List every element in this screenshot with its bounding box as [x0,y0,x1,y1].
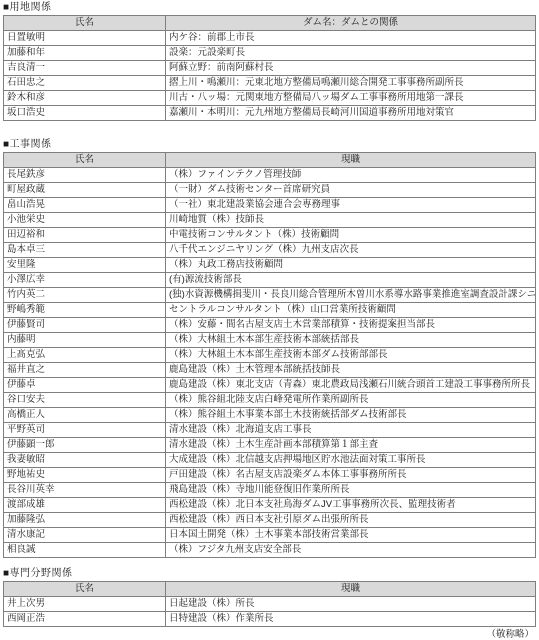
member-position-cell: 嘉瀬川・本明川：元九州地方整備局長崎河川国道事務所用地対策官 [166,106,536,121]
column-header-name: 氏名 [4,153,166,168]
table-row: 小池栄史川崎地質（株）技師長 [4,213,536,228]
member-name-cell: 内藤明 [4,333,166,348]
table-row: 伊藤顕一郎清水建設（株）土木生産計画本部積算第１部主査 [4,438,536,453]
member-name-cell: 鈴木和彦 [4,91,166,106]
member-position-cell: 鹿島建設（株）東北支店（青森）東北農政局浅瀬石川統合頭首工建設工事事務所所長 [166,378,536,393]
member-position-cell: 清水建設（株）土木生産計画本部積算第１部主査 [166,438,536,453]
member-name-cell: 石田忠之 [4,76,166,91]
table-row: 小澤広幸(有)源流技術部長 [4,273,536,288]
member-name-cell: 清水康記 [4,528,166,543]
section-1: ■工事関係氏名現職長尾鉄彦（株）ファインテクノ管理技師町屋政蔵（一財）ダム技術セ… [3,139,536,558]
member-position-cell: （株）ファインテクノ管理技師 [166,168,536,183]
table-row: 野地祐史戸田建設（株）名古屋支店設楽ダム本体工事事務所所長 [4,468,536,483]
table-row: 長谷川英幸飛島建設（株）寺地川能登復旧作業所所長 [4,483,536,498]
member-position-cell: （一財）ダム技術センター首席研究員 [166,183,536,198]
honorifics-note: （敬称略） [3,629,536,640]
member-position-cell: （一社）東北建設業協会連合会専務理事 [166,198,536,213]
section-title: ■専門分野関係 [3,568,536,580]
column-header-position: ダム名：ダムとの関係 [166,16,536,31]
table-row: 我妻敏昭大成建設（株）北信越支店押場地区貯水池法面対策工事所長 [4,453,536,468]
member-position-cell: 大成建設（株）北信越支店押場地区貯水池法面対策工事所長 [166,453,536,468]
member-name-cell: 坂口浩史 [4,106,166,121]
table-row: 安里隆（株）丸政工務店技術顧問 [4,258,536,273]
member-name-cell: 長谷川英幸 [4,483,166,498]
column-header-name: 氏名 [4,582,166,597]
member-name-cell: 田辺裕和 [4,228,166,243]
member-table: 氏名現職井上次男日起建設（株）所長西岡正浩日特建設（株）作業所長 [3,581,536,627]
column-header-position: 現職 [166,582,536,597]
member-position-cell: 阿蘇立野：前南阿蘇村長 [166,61,536,76]
member-position-cell: 日本国土開発（株）土木事業本部技術営業部長 [166,528,536,543]
member-position-cell: （株）熊谷組土木事業本部土木技術統括部ダム技術部長 [166,408,536,423]
table-row: 石田忠之摺上川・鳴瀬川：元東北地方整備局鳴瀬川総合開発工事事務所副所長 [4,76,536,91]
header-row: 氏名現職 [4,582,536,597]
table-row: 長尾鉄彦（株）ファインテクノ管理技師 [4,168,536,183]
member-name-cell: 町屋政蔵 [4,183,166,198]
member-name-cell: 渡部成雄 [4,498,166,513]
member-name-cell: 日置敏明 [4,31,166,46]
member-name-cell: 島本卓三 [4,243,166,258]
member-name-cell: 伊藤顕一郎 [4,438,166,453]
table-row: 町屋政蔵（一財）ダム技術センター首席研究員 [4,183,536,198]
member-position-cell: （株）丸政工務店技術顧問 [166,258,536,273]
table-row: 伊藤卓鹿島建設（株）東北支店（青森）東北農政局浅瀬石川統合頭首工建設工事事務所所… [4,378,536,393]
table-row: 加藤和年設楽：元設楽町長 [4,46,536,61]
member-name-cell: 竹内英二 [4,288,166,303]
member-position-cell: 川崎地質（株）技師長 [166,213,536,228]
member-position-cell: 戸田建設（株）名古屋支店設楽ダム本体工事事務所所長 [166,468,536,483]
column-header-name: 氏名 [4,16,166,31]
member-position-cell: (独)水資源機構揖斐川・長良川総合管理所木曽川水系導水路事業推進室調査設計課シニ… [166,288,536,303]
table-row: 高橋正人（株）熊谷組土木事業本部土木技術統括部ダム技術部長 [4,408,536,423]
member-name-cell: 安里隆 [4,258,166,273]
member-name-cell: 吉良清一 [4,61,166,76]
table-row: 清水康記日本国土開発（株）土木事業本部技術営業部長 [4,528,536,543]
table-row: 鈴木和彦川古・八ッ場：元関東地方整備局八ッ場ダム工事事務所用地第一課長 [4,91,536,106]
header-row: 氏名現職 [4,153,536,168]
member-position-cell: （株）フジタ九州支店安全部長 [166,543,536,558]
table-row: 田辺裕和中電技術コンサルタント（株）技術顧問 [4,228,536,243]
table-row: 日置敏明内ケ谷：前郡上市長 [4,31,536,46]
section-2: ■専門分野関係氏名現職井上次男日起建設（株）所長西岡正浩日特建設（株）作業所長 [3,568,536,627]
table-row: 伊藤賢司（株）安藤・間名古屋支店土木営業部積算・技術提案担当部長 [4,318,536,333]
member-position-cell: （株）熊谷組北陸支店白峰発電所作業所副所長 [166,393,536,408]
member-position-cell: 鹿島建設（株）土木管理本部統括技師長 [166,363,536,378]
member-position-cell: 日起建設（株）所長 [166,597,536,612]
member-table: 氏名ダム名：ダムとの関係日置敏明内ケ谷：前郡上市長加藤和年設楽：元設楽町長吉良清… [3,15,536,121]
member-position-cell: 設楽：元設楽町長 [166,46,536,61]
member-name-cell: 加藤隆弘 [4,513,166,528]
table-row: 加藤隆弘西松建設（株）西日本支社引原ダム出張所所長 [4,513,536,528]
member-position-cell: 川古・八ッ場：元関東地方整備局八ッ場ダム工事事務所用地第一課長 [166,91,536,106]
member-position-cell: （株）大林組土木本部生産技術本部統括部長 [166,333,536,348]
member-name-cell: 長尾鉄彦 [4,168,166,183]
member-name-cell: 伊藤卓 [4,378,166,393]
member-position-cell: 清水建設（株）北海道支店工事長 [166,423,536,438]
table-row: 野嶋秀範セントラルコンサルタント（株）山口営業所技術顧問 [4,303,536,318]
table-row: 平野英司清水建設（株）北海道支店工事長 [4,423,536,438]
member-name-cell: 上髙克弘 [4,348,166,363]
member-position-cell: 日特建設（株）作業所長 [166,612,536,627]
table-row: 福井直之鹿島建設（株）土木管理本部統括技師長 [4,363,536,378]
member-name-cell: 井上次男 [4,597,166,612]
member-name-cell: 平野英司 [4,423,166,438]
section-0: ■用地関係氏名ダム名：ダムとの関係日置敏明内ケ谷：前郡上市長加藤和年設楽：元設楽… [3,2,536,121]
table-row: 相良誠（株）フジタ九州支店安全部長 [4,543,536,558]
member-name-cell: 高橋正人 [4,408,166,423]
section-title: ■工事関係 [3,139,536,151]
member-position-cell: 西松建設（株）西日本支社引原ダム出張所所長 [166,513,536,528]
table-row: 吉良清一阿蘇立野：前南阿蘇村長 [4,61,536,76]
member-position-cell: （株）大林組土木本部生産技術本部ダム技術部部長 [166,348,536,363]
table-row: 谷口安夫（株）熊谷組北陸支店白峰発電所作業所副所長 [4,393,536,408]
member-name-cell: 谷口安夫 [4,393,166,408]
member-name-cell: 伊藤賢司 [4,318,166,333]
header-row: 氏名ダム名：ダムとの関係 [4,16,536,31]
member-position-cell: (有)源流技術部長 [166,273,536,288]
table-row: 竹内英二(独)水資源機構揖斐川・長良川総合管理所木曽川水系導水路事業推進室調査設… [4,288,536,303]
member-name-cell: 畠山浩晃 [4,198,166,213]
member-name-cell: 野嶋秀範 [4,303,166,318]
member-name-cell: 西岡正浩 [4,612,166,627]
member-name-cell: 小池栄史 [4,213,166,228]
column-header-position: 現職 [166,153,536,168]
table-row: 渡部成雄西松建設（株）北日本支社鳥海ダムJV工事事務所次長、監理技術者 [4,498,536,513]
member-name-cell: 野地祐史 [4,468,166,483]
member-name-cell: 加藤和年 [4,46,166,61]
table-row: 畠山浩晃（一社）東北建設業協会連合会専務理事 [4,198,536,213]
member-position-cell: 飛島建設（株）寺地川能登復旧作業所所長 [166,483,536,498]
sections-container: ■用地関係氏名ダム名：ダムとの関係日置敏明内ケ谷：前郡上市長加藤和年設楽：元設楽… [3,2,536,627]
member-position-cell: 摺上川・鳴瀬川：元東北地方整備局鳴瀬川総合開発工事事務所副所長 [166,76,536,91]
table-row: 西岡正浩日特建設（株）作業所長 [4,612,536,627]
table-row: 島本卓三八千代エンジニヤリング（株）九州支店次長 [4,243,536,258]
table-row: 坂口浩史嘉瀬川・本明川：元九州地方整備局長崎河川国道事務所用地対策官 [4,106,536,121]
member-position-cell: 内ケ谷：前郡上市長 [166,31,536,46]
document-root: ■用地関係氏名ダム名：ダムとの関係日置敏明内ケ谷：前郡上市長加藤和年設楽：元設楽… [0,0,539,640]
member-name-cell: 我妻敏昭 [4,453,166,468]
member-position-cell: 八千代エンジニヤリング（株）九州支店次長 [166,243,536,258]
member-position-cell: 西松建設（株）北日本支社鳥海ダムJV工事事務所次長、監理技術者 [166,498,536,513]
table-row: 上髙克弘（株）大林組土木本部生産技術本部ダム技術部部長 [4,348,536,363]
section-title: ■用地関係 [3,2,536,14]
table-row: 内藤明（株）大林組土木本部生産技術本部統括部長 [4,333,536,348]
member-name-cell: 相良誠 [4,543,166,558]
member-table: 氏名現職長尾鉄彦（株）ファインテクノ管理技師町屋政蔵（一財）ダム技術センター首席… [3,152,536,558]
member-name-cell: 小澤広幸 [4,273,166,288]
member-position-cell: セントラルコンサルタント（株）山口営業所技術顧問 [166,303,536,318]
member-position-cell: （株）安藤・間名古屋支店土木営業部積算・技術提案担当部長 [166,318,536,333]
table-row: 井上次男日起建設（株）所長 [4,597,536,612]
member-name-cell: 福井直之 [4,363,166,378]
member-position-cell: 中電技術コンサルタント（株）技術顧問 [166,228,536,243]
